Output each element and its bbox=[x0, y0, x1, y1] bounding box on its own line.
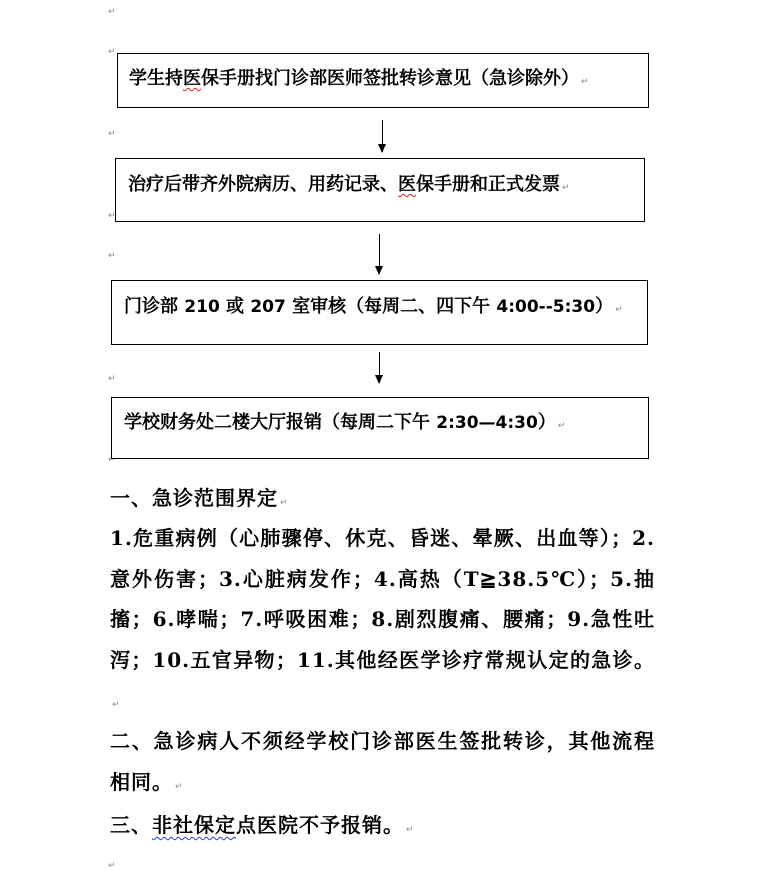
flow-step-2-text: 治疗后带齐外院病历、用药记录、医保手册和正式发票↵ bbox=[128, 176, 570, 194]
grammar-flag: 非社保定 bbox=[152, 813, 236, 837]
room-number: 210 bbox=[184, 297, 220, 317]
flow-step-2-box: 治疗后带齐外院病历、用药记录、医保手册和正式发票↵ bbox=[115, 158, 645, 222]
section-2-paragraph: 二、急诊病人不须经学校门诊部医生签批转诊，其他流程相同。↵ bbox=[110, 721, 655, 807]
paragraph-mark: ↵ bbox=[615, 305, 623, 315]
text-run: 或 bbox=[220, 296, 251, 317]
flow-arrow-down-icon bbox=[379, 352, 380, 383]
text-run: 门诊部 bbox=[124, 296, 184, 317]
flow-arrow-down-icon bbox=[379, 234, 380, 274]
text-run: ） bbox=[595, 296, 613, 317]
paragraph-mark: ↵ bbox=[108, 862, 116, 871]
text-run: 室审核（每周二、四下午 bbox=[286, 296, 497, 317]
paragraph-mark: ↵ bbox=[108, 252, 116, 261]
text-run: 三、 bbox=[110, 813, 152, 837]
paragraph-mark: ↵ bbox=[112, 700, 121, 710]
text-run: 学生持 bbox=[129, 68, 183, 89]
time-range: 2:30—4:30 bbox=[436, 413, 538, 433]
text-run: 保手册和正式发票 bbox=[416, 174, 560, 195]
body-text: 二、急诊病人不须经学校门诊部医生签批转诊，其他流程相同。 bbox=[110, 729, 655, 794]
flow-step-1-text: 学生持医保手册找门诊部医师签批转诊意见（急诊除外）↵ bbox=[129, 70, 589, 88]
spelling-flag: 医 bbox=[398, 174, 416, 195]
text-run: 点医院不予报销。 bbox=[236, 813, 404, 837]
spelling-flag: 医 bbox=[183, 68, 201, 89]
paragraph-mark: ↵ bbox=[108, 8, 116, 17]
text-run: 治疗后带齐外院病历、用药记录、 bbox=[128, 174, 398, 195]
paragraph-mark: ↵ bbox=[175, 782, 184, 792]
paragraph-mark: ↵ bbox=[280, 498, 289, 508]
text-run: 保手册找门诊部医师签批转诊意见（急诊除外） bbox=[201, 68, 579, 89]
section-1-heading: 一、急诊范围界定↵ bbox=[110, 478, 655, 524]
paragraph-mark: ↵ bbox=[108, 375, 116, 384]
text-run: 学校财务处二楼大厅报销（每周二下午 bbox=[124, 412, 436, 433]
flow-step-4-text: 学校财务处二楼大厅报销（每周二下午 2:30—4:30）↵ bbox=[124, 414, 565, 432]
paragraph-mark: ↵ bbox=[558, 421, 566, 431]
flow-step-3-text: 门诊部 210 或 207 室审核（每周二、四下午 4:00--5:30）↵ bbox=[124, 298, 623, 316]
flow-step-3-box: 门诊部 210 或 207 室审核（每周二、四下午 4:00--5:30）↵ bbox=[111, 280, 648, 345]
paragraph-mark: ↵ bbox=[581, 77, 589, 87]
paragraph-mark: ↵ bbox=[108, 130, 116, 139]
heading-text: 一、急诊范围界定 bbox=[110, 486, 278, 510]
text-run: ） bbox=[538, 412, 556, 433]
room-number: 207 bbox=[250, 297, 286, 317]
body-text: 1.危重病例（心肺骤停、休克、昏迷、晕厥、出血等）；2.意外伤害；3.心脏病发作… bbox=[110, 526, 655, 672]
flow-step-1-box: 学生持医保手册找门诊部医师签批转诊意见（急诊除外）↵ bbox=[117, 53, 649, 108]
flow-step-4-box: 学校财务处二楼大厅报销（每周二下午 2:30—4:30）↵ bbox=[111, 397, 649, 459]
section-3-paragraph: 三、非社保定点医院不予报销。↵ bbox=[110, 805, 655, 851]
section-1-body: 1.危重病例（心肺骤停、休克、昏迷、晕厥、出血等）；2.意外伤害；3.心脏病发作… bbox=[110, 518, 655, 726]
paragraph-mark: ↵ bbox=[562, 183, 570, 193]
paragraph-mark: ↵ bbox=[108, 48, 116, 57]
time-range: 4:00--5:30 bbox=[496, 297, 595, 317]
paragraph-mark: ↵ bbox=[406, 825, 415, 835]
flow-arrow-down-icon bbox=[382, 120, 383, 152]
